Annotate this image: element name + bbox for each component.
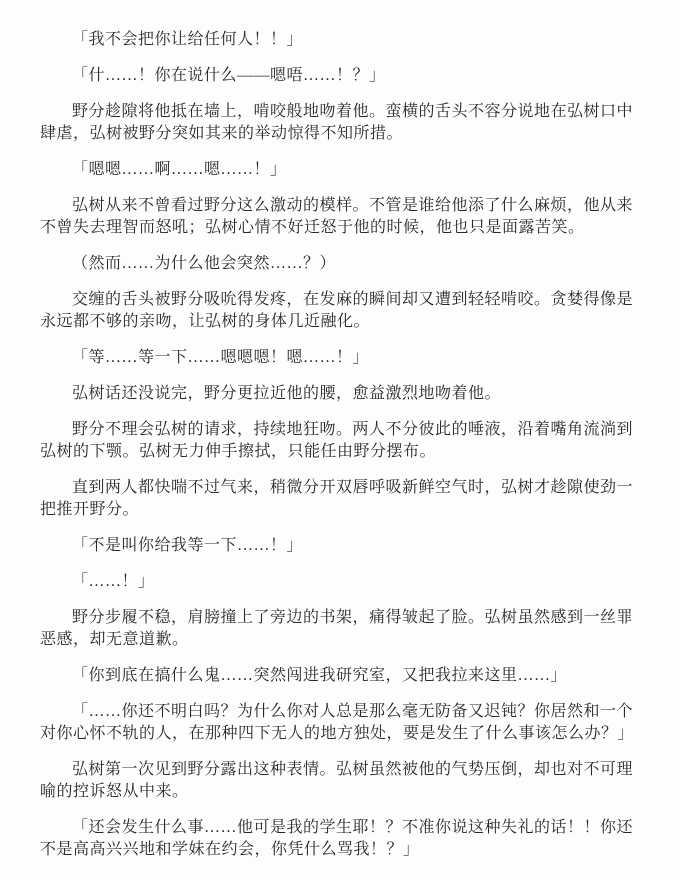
novel-page: 「我不会把你让给任何人！！」 「什……！你在说什么——嗯唔……！？」 野分趁隙将… [0, 0, 680, 880]
paragraph: 「……你还不明白吗？为什么你对人总是那么毫无防备又迟钝？你居然和一个对你心怀不轨… [40, 701, 645, 745]
paragraph: 弘树话还没说完，野分更拉近他的腰，愈益激烈地吻着他。 [40, 383, 645, 405]
paragraph: 「不是叫你给我等一下……！」 [40, 535, 645, 557]
paragraph: 「还会发生什么事……他可是我的学生耶！？不准你说这种失礼的话！！你还不是高高兴兴… [40, 817, 645, 861]
paragraph: 「什……！你在说什么——嗯唔……！？」 [40, 65, 645, 87]
paragraph: 「……！」 [40, 571, 645, 593]
paragraph: 野分不理会弘树的请求，持续地狂吻。两人不分彼此的唾液，沿着嘴角流淌到弘树的下颚。… [40, 419, 645, 463]
paragraph: 「嗯嗯……啊……嗯……！」 [40, 159, 645, 181]
paragraph: 交缠的舌头被野分吸吮得发疼，在发麻的瞬间却又遭到轻轻啃咬。贪婪得像是永远都不够的… [40, 289, 645, 333]
paragraph: 「你到底在搞什么鬼……突然闯进我研究室，又把我拉来这里……」 [40, 665, 645, 687]
paragraph: （然而……为什么他会突然……？） [40, 253, 645, 275]
paragraph: 野分步履不稳，肩膀撞上了旁边的书架，痛得皱起了脸。弘树虽然感到一丝罪恶感，却无意… [40, 607, 645, 651]
paragraph: 「我不会把你让给任何人！！」 [40, 29, 645, 51]
paragraph: 弘树从来不曾看过野分这么激动的模样。不管是谁给他添了什么麻烦，他从来不曾失去理智… [40, 195, 645, 239]
paragraph: 直到两人都快喘不过气来，稍微分开双唇呼吸新鲜空气时，弘树才趁隙使劲一把推开野分。 [40, 477, 645, 521]
paragraph: 弘树第一次见到野分露出这种表情。弘树虽然被他的气势压倒，却也对不可理喻的控诉怒从… [40, 759, 645, 803]
paragraph: 「等……等一下……嗯嗯嗯！嗯……！」 [40, 347, 645, 369]
paragraph: 野分趁隙将他抵在墙上，啃咬般地吻着他。蛮横的舌头不容分说地在弘树口中肆虐，弘树被… [40, 101, 645, 145]
